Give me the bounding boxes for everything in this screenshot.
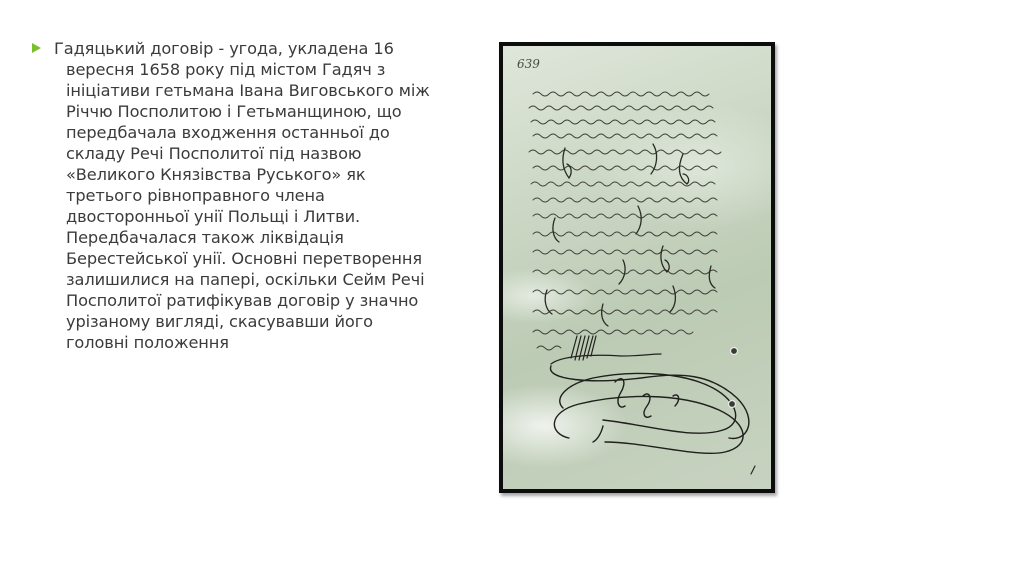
text-line: двосторонньої унії Польщі і Литви.: [66, 206, 470, 227]
slide-text-body: Гадяцький договір - угода, укладена 16 в…: [30, 38, 470, 353]
text-line: передбачала входження останньої до: [66, 122, 470, 143]
text-line: третього рівноправного члена: [66, 185, 470, 206]
text-line: складу Речі Посполитої під назвою: [66, 143, 470, 164]
text-line: вересня 1658 року під містом Гадяч з: [66, 59, 470, 80]
manuscript-handwriting: 639: [503, 46, 771, 489]
text-line: «Великого Князівства Руського» як: [66, 164, 470, 185]
text-line: Берестейської унії. Основні перетворення: [66, 248, 470, 269]
triangle-bullet-icon: [32, 43, 41, 53]
text-line: Річчю Посполитою і Гетьманщиною, що: [66, 101, 470, 122]
page-number-mark: 639: [517, 57, 540, 71]
slide: Гадяцький договір - угода, укладена 16 в…: [0, 0, 1024, 576]
text-line: урізаному вигляді, скасувавши його: [66, 311, 470, 332]
bullet-item: Гадяцький договір - угода, укладена 16 в…: [30, 38, 470, 353]
text-line: ініціативи гетьмана Івана Виговського мі…: [66, 80, 470, 101]
text-line: Посполитої ратифікував договір у значно: [66, 290, 470, 311]
bullet-text: Гадяцький договір - угода, укладена 16 в…: [66, 38, 470, 353]
text-line: Гадяцький договір - угода, укладена 16: [54, 38, 470, 59]
text-line: залишилися на папері, оскільки Сейм Речі: [66, 269, 470, 290]
manuscript-image: 639: [499, 42, 775, 493]
text-line: головні положення: [66, 332, 470, 353]
text-line: Передбачалася також ліквідація: [66, 227, 470, 248]
